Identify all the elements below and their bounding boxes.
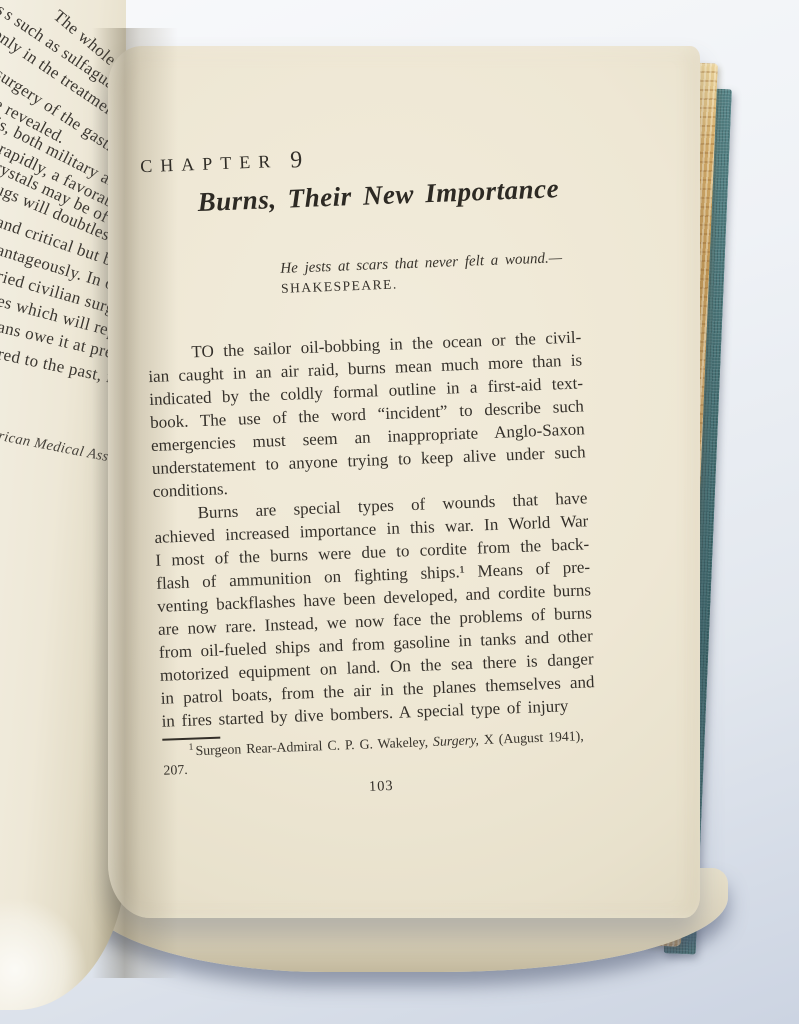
footnote-rule xyxy=(162,737,220,741)
chapter-title: Burns, Their New Importance xyxy=(197,173,576,218)
epigraph: He jests at scars that never felt a woun… xyxy=(280,249,579,296)
chapter-label: CHAPTER xyxy=(140,151,279,176)
footnote: 1Surgeon Rear-Admiral C. P. G. Wakeley, … xyxy=(162,727,597,778)
footnote-text: X (August 1941), xyxy=(479,728,584,747)
chapter-heading: CHAPTER 9 xyxy=(140,136,575,180)
book-photo: s The whole s such as sulfaguan only in … xyxy=(0,0,799,1024)
paragraph-2: Burns are special types of wounds that h… xyxy=(153,486,596,732)
footnote-marker: 1 xyxy=(188,743,193,753)
chapter-number: 9 xyxy=(290,147,303,173)
page-content: CHAPTER 9 Burns, Their New Importance He… xyxy=(139,122,598,804)
paragraph-1: TO the sailor oil-bobbing in the ocean o… xyxy=(147,325,587,503)
footnote-work-title: Surgery, xyxy=(433,732,479,749)
